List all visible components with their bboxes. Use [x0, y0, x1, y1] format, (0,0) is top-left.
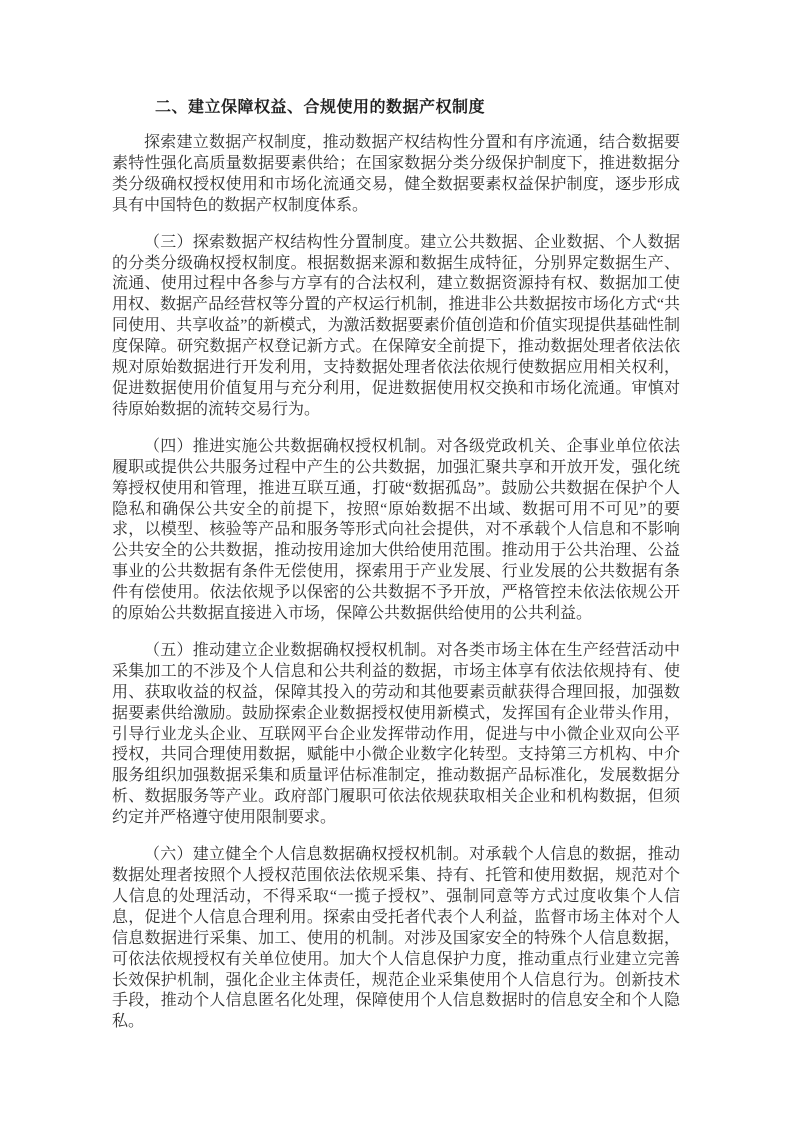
section-heading: 二、建立保障权益、合规使用的数据产权制度 — [112, 97, 680, 118]
paragraph-item-3: （三）探索数据产权结构性分置制度。建立公共数据、企业数据、个人数据的分类分级确权… — [112, 233, 680, 421]
document-page: 二、建立保障权益、合规使用的数据产权制度 探索建立数据产权制度，推动数据产权结构… — [0, 0, 793, 1122]
paragraph-item-4: （四）推进实施公共数据确权授权机制。对各级党政机关、企事业单位依法履职或提供公共… — [112, 437, 680, 625]
paragraph-intro: 探索建立数据产权制度，推动数据产权结构性分置和有序流通，结合数据要素特性强化高质… — [112, 133, 680, 217]
paragraph-item-5: （五）推动建立企业数据确权授权机制。对各类市场主体在生产经营活动中采集加工的不涉… — [112, 641, 680, 829]
document-content: 二、建立保障权益、合规使用的数据产权制度 探索建立数据产权制度，推动数据产权结构… — [112, 97, 680, 1049]
paragraph-item-6: （六）建立健全个人信息数据确权授权机制。对承载个人信息的数据，推动数据处理者按照… — [112, 845, 680, 1033]
